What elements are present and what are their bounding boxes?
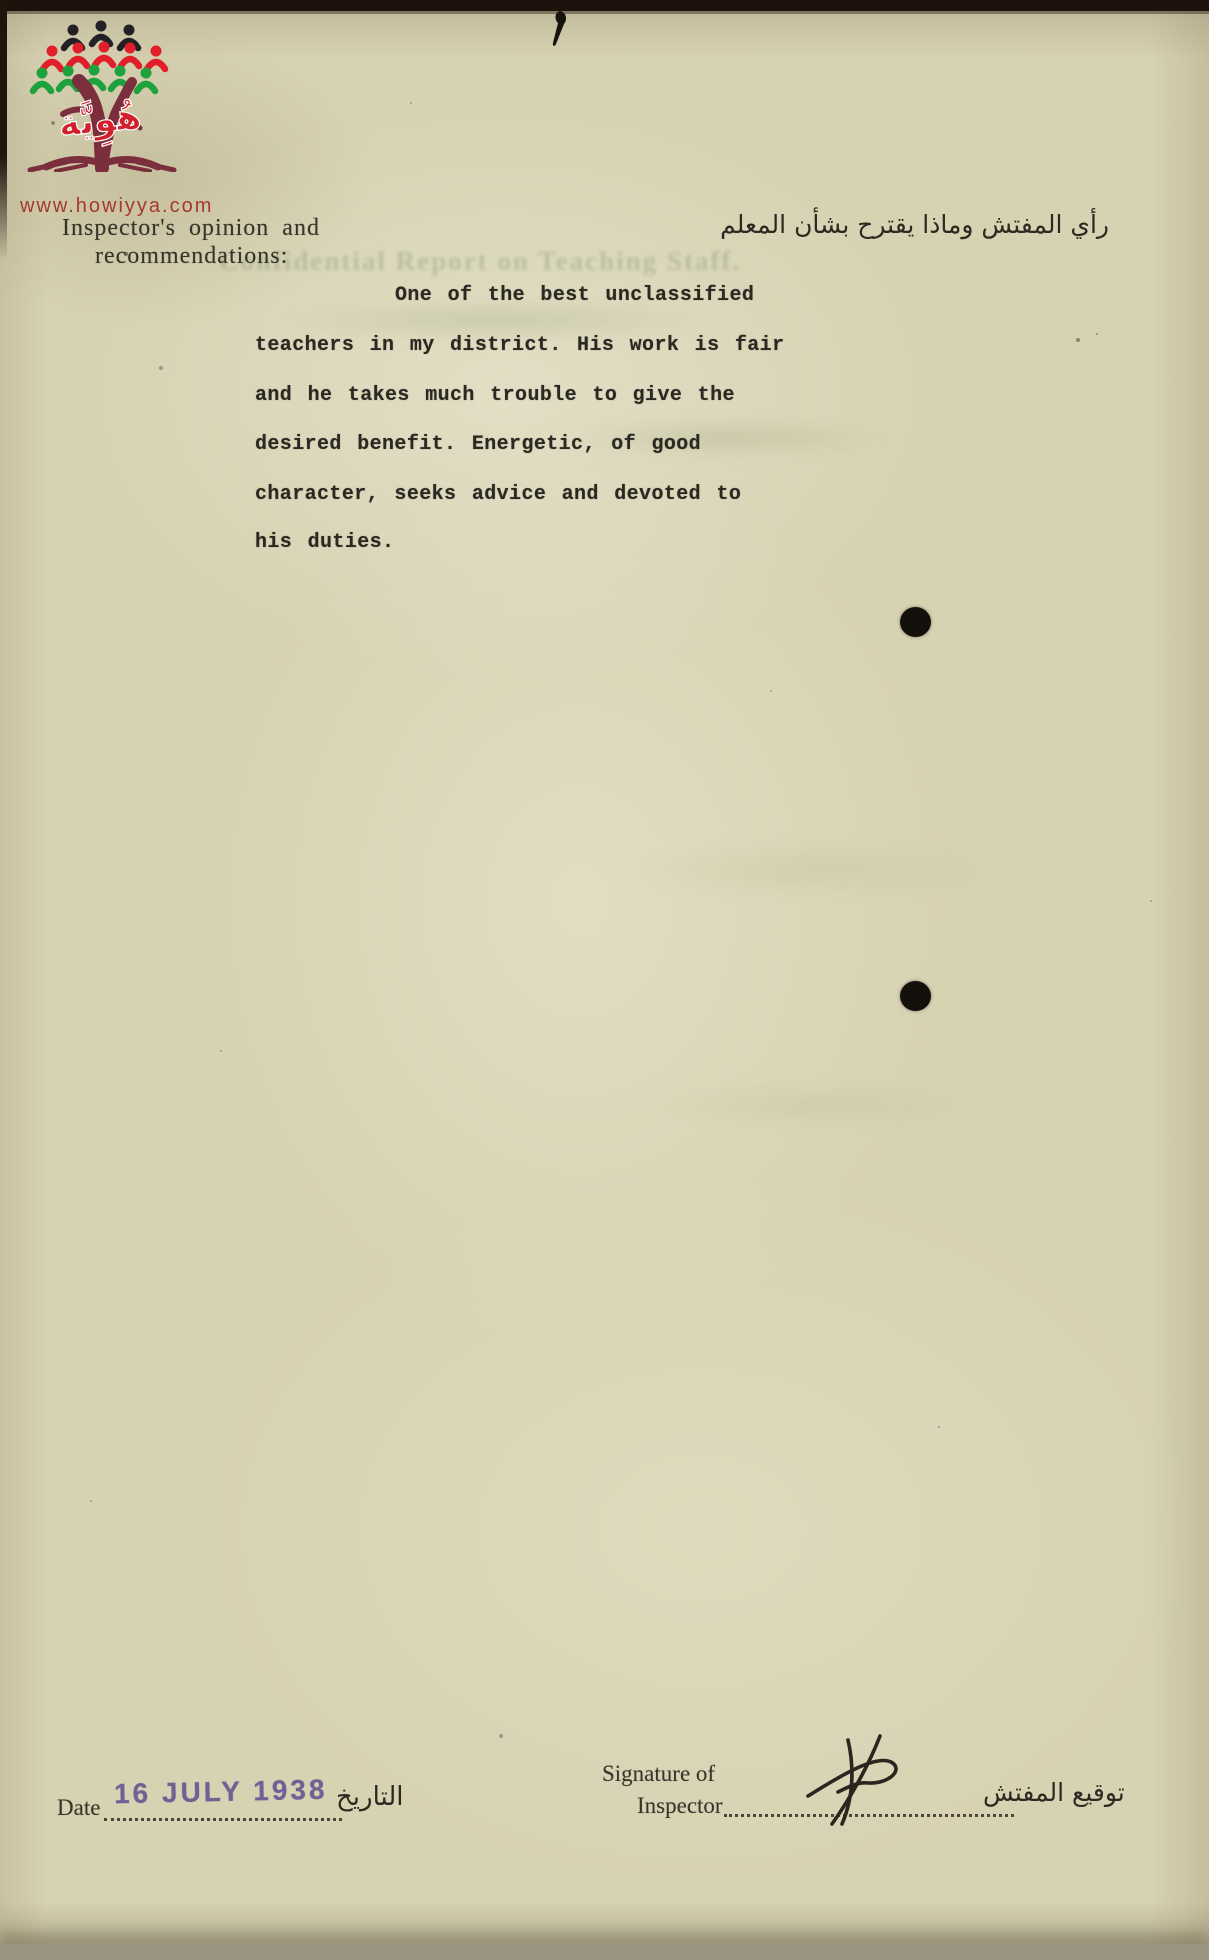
signature-label-line1: Signature of <box>602 1761 715 1787</box>
opinion-line: desired benefit. Energetic, of good <box>255 433 701 456</box>
bleedthrough-patch <box>620 840 1000 900</box>
scan-edge-left <box>0 0 7 260</box>
scan-edge-top-shadow <box>0 11 1209 14</box>
header-label-arabic: رأي المفتش وماذا يقترح بشأن المعلم <box>720 210 1109 239</box>
scanned-document-page: Confidential Report on Teaching Staff. <box>0 0 1209 1960</box>
opinion-line: and he takes much trouble to give the <box>255 384 735 407</box>
signature-label-arabic: توقيع المفتش <box>983 1778 1125 1807</box>
inspector-signature <box>778 1732 914 1828</box>
ink-mark <box>548 10 572 48</box>
hole-punch-bottom <box>900 981 931 1011</box>
bleedthrough-patch <box>640 1080 980 1130</box>
date-label-arabic: التاريخ <box>336 1782 404 1812</box>
header-label-en-line2: recommendations: <box>95 243 288 270</box>
howiyya-tree-logo: هُوِيَّة <box>16 18 192 172</box>
hole-punch-top <box>900 607 931 637</box>
opinion-line: teachers in my district. His work is fai… <box>255 334 784 357</box>
date-label-en: Date <box>57 1795 100 1821</box>
opinion-line: character, seeks advice and devoted to <box>255 483 741 506</box>
paper-speckles <box>0 0 2 2</box>
signature-label-line2: Inspector <box>637 1793 723 1819</box>
opinion-line: his duties. <box>255 531 394 554</box>
opinion-line: One of the best unclassified <box>395 284 754 307</box>
scan-edge-bottom <box>0 1944 1209 1960</box>
date-stamp: 16 JULY 1938 <box>114 1774 328 1810</box>
header-label-en-line1: Inspector's opinion and <box>62 215 320 242</box>
scan-edge-top <box>0 0 1209 11</box>
tree-of-people-icon: هُوِيَّة <box>16 18 192 172</box>
